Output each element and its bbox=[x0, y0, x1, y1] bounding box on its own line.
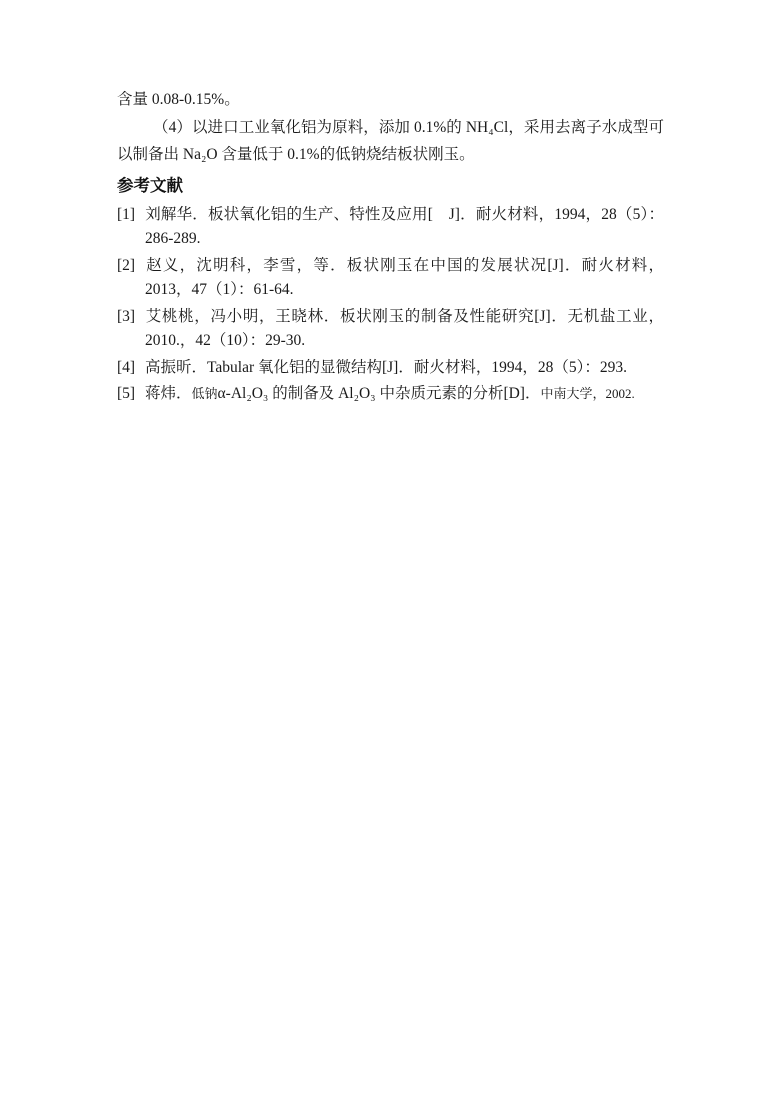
reference-list: [1]刘解华．板状氧化铝的生产、特性及应用[ J]．耐火材料，1994，28（5… bbox=[117, 203, 664, 407]
reference-marker: [1] bbox=[117, 203, 145, 228]
reference-item: [1]刘解华．板状氧化铝的生产、特性及应用[ J]．耐火材料，1994，28（5… bbox=[117, 203, 664, 252]
reference-text: 中南大学，2002. bbox=[540, 386, 634, 401]
reference-text: 艾桃桃，冯小明，王晓林．板状刚玉的制备及性能研究[J]．无机盐工业，2010.，… bbox=[145, 308, 664, 350]
reference-item: [2]赵义，沈明科，李雪，等．板状刚玉在中国的发展状况[J]．耐火材料，2013… bbox=[117, 254, 664, 303]
paragraph-continuation: 含量 0.08-0.15%。 bbox=[117, 86, 664, 114]
reference-marker: [3] bbox=[117, 305, 145, 330]
reference-marker: [2] bbox=[117, 254, 145, 279]
reference-text: 赵义，沈明科，李雪，等．板状刚玉在中国的发展状况[J]．耐火材料，2013，47… bbox=[145, 257, 664, 299]
reference-item: [4]高振昕．Tabular 氧化铝的显微结构[J]．耐火材料，1994，28（… bbox=[117, 356, 664, 381]
reference-text: 高振昕．Tabular 氧化铝的显微结构[J]．耐火材料，1994，28（5）：… bbox=[145, 359, 627, 376]
reference-text: α-Al₂O₃ 的制备及 Al₂O₃ 中杂质元素的分析[D]． bbox=[218, 385, 541, 402]
reference-text: 低钠 bbox=[192, 386, 218, 401]
page-content: 含量 0.08-0.15%。 （4）以进口工业氧化铝为原料，添加 0.1%的 N… bbox=[117, 86, 664, 409]
references-heading: 参考文献 bbox=[117, 173, 664, 199]
reference-text: 刘解华．板状氧化铝的生产、特性及应用[ J]．耐火材料，1994，28（5）：2… bbox=[145, 206, 664, 248]
reference-marker: [4] bbox=[117, 356, 145, 381]
document-page: 含量 0.08-0.15%。 （4）以进口工业氧化铝为原料，添加 0.1%的 N… bbox=[0, 0, 780, 1103]
paragraph-conclusion-4: （4）以进口工业氧化铝为原料，添加 0.1%的 NH₄Cl，采用去离子水成型可以… bbox=[117, 114, 664, 169]
reference-item: [5]蒋炜．低钠α-Al₂O₃ 的制备及 Al₂O₃ 中杂质元素的分析[D]．中… bbox=[117, 382, 664, 407]
reference-text: 蒋炜． bbox=[145, 385, 192, 402]
reference-marker: [5] bbox=[117, 382, 145, 407]
reference-item: [3]艾桃桃，冯小明，王晓林．板状刚玉的制备及性能研究[J]．无机盐工业，201… bbox=[117, 305, 664, 354]
